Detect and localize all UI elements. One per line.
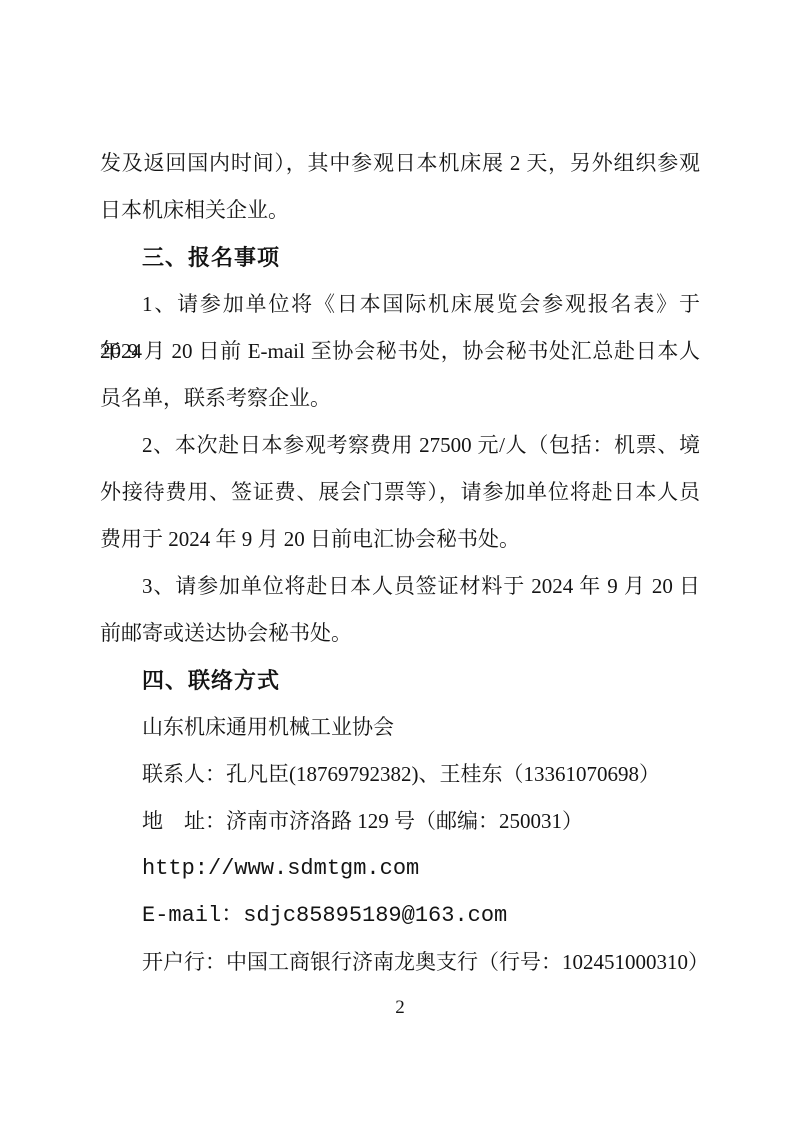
signup-item-3-line-2: 前邮寄或送达协会秘书处。 bbox=[100, 610, 700, 657]
org-name-line: 山东机床通用机械工业协会 bbox=[100, 704, 700, 751]
trip-continuation-line-1: 发及返回国内时间），其中参观日本机床展 2 天，另外组织参观 bbox=[100, 140, 700, 187]
signup-item-1-line-3: 员名单，联系考察企业。 bbox=[100, 375, 700, 422]
section-heading-signup: 三、报名事项 bbox=[100, 234, 700, 281]
signup-item-2-line-1: 2、本次赴日本参观考察费用 27500 元/人（包括：机票、境 bbox=[100, 422, 700, 469]
email-line: E-mail：sdjc85895189@163.com bbox=[100, 892, 700, 939]
website-line: http://www.sdmtgm.com bbox=[100, 845, 700, 892]
page-number: 2 bbox=[0, 986, 800, 1030]
signup-item-2-line-3: 费用于 2024 年 9 月 20 日前电汇协会秘书处。 bbox=[100, 516, 700, 563]
document-page: 发及返回国内时间），其中参观日本机床展 2 天，另外组织参观 日本机床相关企业。… bbox=[0, 0, 800, 1131]
section-heading-contact: 四、联络方式 bbox=[100, 657, 700, 704]
address-line: 地 址：济南市济洛路 129 号（邮编：250031） bbox=[100, 798, 700, 845]
contact-person-line: 联系人：孔凡臣(18769792382)、王桂东（13361070698） bbox=[100, 751, 700, 798]
bank-line: 开户行：中国工商银行济南龙奥支行（行号：102451000310） bbox=[100, 939, 700, 986]
signup-item-2-line-2: 外接待费用、签证费、展会门票等），请参加单位将赴日本人员 bbox=[100, 469, 700, 516]
trip-continuation-line-2: 日本机床相关企业。 bbox=[100, 187, 700, 234]
signup-item-3-line-1: 3、请参加单位将赴日本人员签证材料于 2024 年 9 月 20 日 bbox=[100, 563, 700, 610]
document-body: 发及返回国内时间），其中参观日本机床展 2 天，另外组织参观 日本机床相关企业。… bbox=[100, 140, 700, 986]
signup-item-1-line-2: 年 9 月 20 日前 E-mail 至协会秘书处，协会秘书处汇总赴日本人 bbox=[100, 328, 700, 375]
signup-item-1-line-1: 1、请参加单位将《日本国际机床展览会参观报名表》于 2024 bbox=[100, 281, 700, 328]
